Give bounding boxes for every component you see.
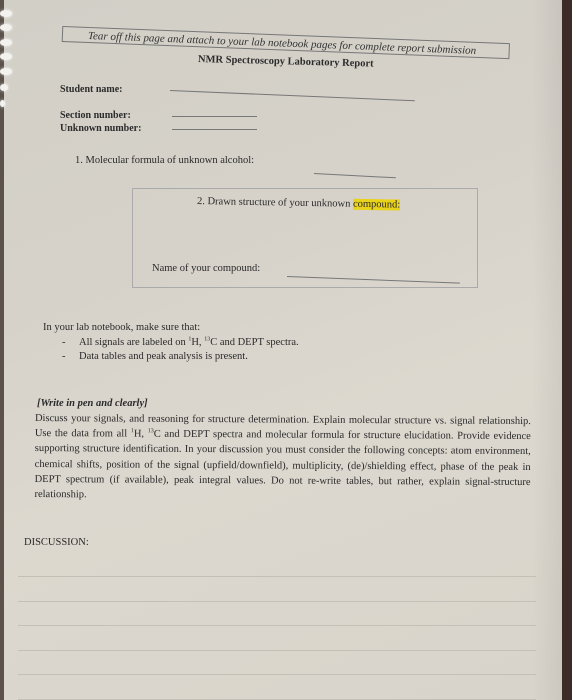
highlighted-compound-text: compound: — [353, 199, 400, 211]
discussion-line[interactable] — [18, 650, 536, 651]
perforation-hole — [0, 100, 5, 107]
molecular-formula-question: 1. Molecular formula of unknown alcohol: — [75, 155, 254, 166]
discussion-instructions: Discuss your signals, and reasoning for … — [34, 411, 531, 505]
discussion-line[interactable] — [18, 699, 536, 700]
discussion-label: DISCUSSION: — [24, 537, 89, 548]
notebook-checklist-intro: In your lab notebook, make sure that: — [43, 322, 200, 333]
discussion-line[interactable] — [18, 576, 536, 577]
unknown-number-field[interactable] — [172, 129, 257, 130]
checklist-item: -All signals are labeled on 1H, 13C and … — [62, 337, 299, 348]
report-title: NMR Spectroscopy Laboratory Report — [198, 54, 374, 70]
discussion-line[interactable] — [18, 601, 536, 602]
discussion-line[interactable] — [18, 674, 536, 675]
student-name-field[interactable] — [170, 90, 415, 101]
perforation-hole — [0, 53, 12, 60]
tear-off-note: Tear off this page and attach to your la… — [62, 26, 510, 59]
perforation-hole — [0, 10, 12, 17]
discussion-line[interactable] — [18, 625, 536, 626]
unknown-number-label: Unknown number: — [60, 123, 141, 134]
molecular-formula-field[interactable] — [314, 173, 396, 178]
section-number-label: Section number: — [60, 110, 131, 121]
write-in-pen-note: [Write in pen and clearly] — [37, 398, 148, 409]
perforation-hole — [0, 24, 12, 31]
section-number-field[interactable] — [172, 116, 257, 117]
student-name-label: Student name: — [60, 84, 123, 95]
perforation-hole — [0, 84, 8, 91]
perforation-hole — [0, 39, 12, 46]
lab-report-page: Tear off this page and attach to your la… — [0, 0, 562, 700]
compound-name-label: Name of your compound: — [152, 263, 260, 274]
perforation-hole — [0, 68, 12, 75]
checklist-item: -Data tables and peak analysis is presen… — [62, 351, 248, 362]
